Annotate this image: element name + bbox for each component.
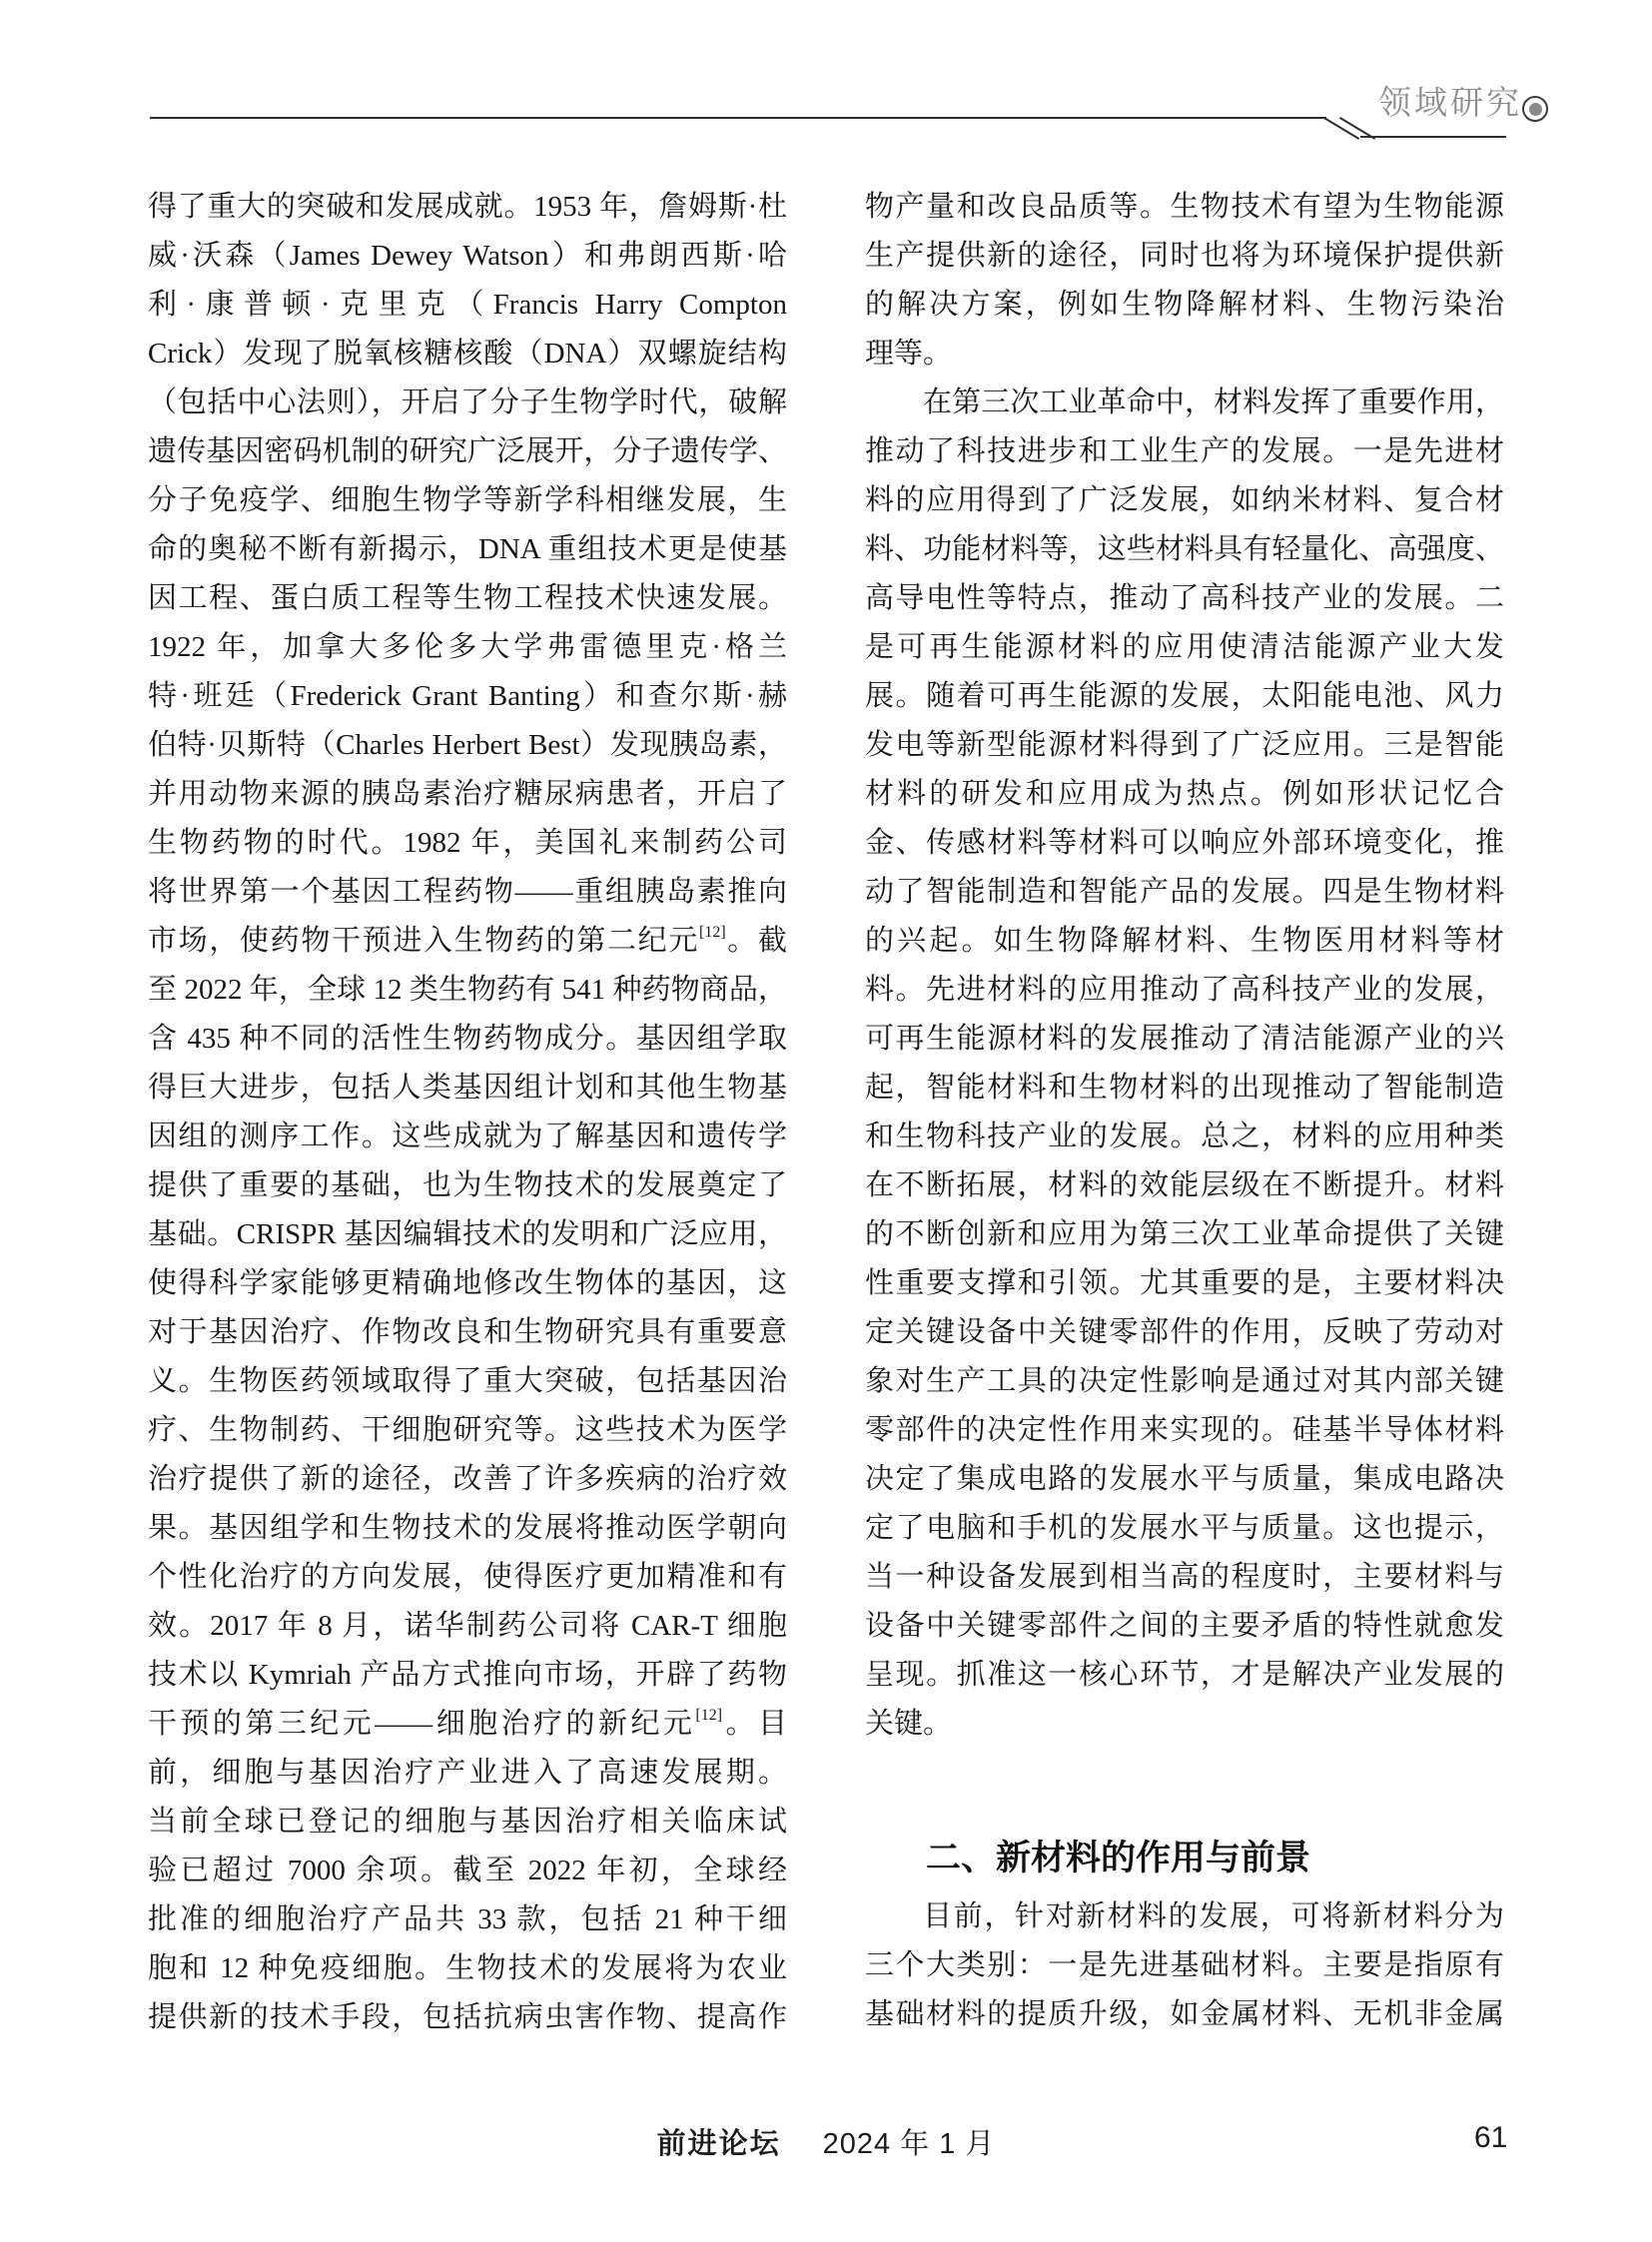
text-line: 在不断拓展，材料的效能层级在不断提升。材料 <box>865 1161 1504 1210</box>
text-line: 将世界第一个基因工程药物——重组胰岛素推向 <box>148 868 787 917</box>
section-label: 领域研究 <box>1378 86 1522 122</box>
text-line: 遗传基因密码机制的研究广泛展开，分子遗传学、 <box>148 427 787 476</box>
text-line: 关键。 <box>865 1700 1504 1749</box>
text-line: 提供新的技术手段，包括抗病虫害作物、提高作 <box>148 1993 787 2042</box>
text-line: 零部件的决定性作用来实现的。硅基半导体材料 <box>865 1406 1504 1455</box>
text-line: 含 435 种不同的活性生物药物成分。基因组学取 <box>148 1015 787 1064</box>
text-line: 利·康普顿·克里克（Francis Harry Compton <box>148 281 787 330</box>
text-line: 1922 年，加拿大多伦多大学弗雷德里克·格兰 <box>148 623 787 672</box>
text-line: 的兴起。如生物降解材料、生物医用材料等材 <box>865 917 1504 966</box>
text-line: 料、功能材料等，这些材料具有轻量化、高强度、 <box>865 525 1504 574</box>
text-line: 使得科学家能够更精确地修改生物体的基因，这 <box>148 1259 787 1308</box>
text-line: 前，细胞与基因治疗产业进入了高速发展期。 <box>148 1749 787 1798</box>
text-line: 技术以 Kymriah 产品方式推向市场，开辟了药物 <box>148 1651 787 1700</box>
text-line: 得了重大的突破和发展成就。1953 年，詹姆斯·杜 <box>148 183 787 232</box>
text-line: 的不断创新和应用为第三次工业革命提供了关键 <box>865 1210 1504 1259</box>
text-line: 效。2017 年 8 月，诺华制药公司将 CAR-T 细胞 <box>148 1602 787 1651</box>
text-line: 定关键设备中关键零部件的作用，反映了劳动对 <box>865 1308 1504 1357</box>
text-line: 并用动物来源的胰岛素治疗糖尿病患者，开启了 <box>148 770 787 819</box>
text-line: 疗、生物制药、干细胞研究等。这些技术为医学 <box>148 1406 787 1455</box>
text-line: 推动了科技进步和工业生产的发展。一是先进材 <box>865 427 1504 476</box>
text-line: 义。生物医药领域取得了重大突破，包括基因治 <box>148 1357 787 1406</box>
text-line: 展。随着可再生能源的发展，太阳能电池、风力 <box>865 672 1504 721</box>
text-line: 伯特·贝斯特（Charles Herbert Best）发现胰岛素， <box>148 721 787 770</box>
header-rule-right <box>1360 136 1506 138</box>
text-line: 至 2022 年，全球 12 类生物药有 541 种药物商品， <box>148 966 787 1015</box>
text-line: 三个大类别：一是先进基础材料。主要是指原有 <box>865 1941 1504 1990</box>
text-line: 当一种设备发展到相当高的程度时，主要材料与 <box>865 1553 1504 1602</box>
text-line: 的解决方案，例如生物降解材料、生物污染治 <box>865 281 1504 330</box>
text-line: 验已超过 7000 余项。截至 2022 年初，全球经 <box>148 1847 787 1895</box>
text-line: 设备中关键零部件之间的主要矛盾的特性就愈发 <box>865 1602 1504 1651</box>
text-line: 高导电性等特点，推动了高科技产业的发展。二 <box>865 574 1504 623</box>
text-line: 定了电脑和手机的发展水平与质量。这也提示， <box>865 1504 1504 1553</box>
text-line: 可再生能源材料的发展推动了清洁能源产业的兴 <box>865 1015 1504 1064</box>
text-line: 理等。 <box>865 330 1504 378</box>
text-line: 个性化治疗的方向发展，使得医疗更加精准和有 <box>148 1553 787 1602</box>
journal-page: 领域研究 得了重大的突破和发展成就。1953 年，詹姆斯·杜威·沃森（James… <box>0 0 1652 2242</box>
text-line: 市场，使药物干预进入生物药的第二纪元[12]。截 <box>148 917 787 966</box>
text-line: 得巨大进步，包括人类基因组计划和其他生物基 <box>148 1064 787 1113</box>
text-line: 是可再生能源材料的应用使清洁能源产业大发 <box>865 623 1504 672</box>
text-line: 果。基因组学和生物技术的发展将推动医学朝向 <box>148 1504 787 1553</box>
issue-date: 2024 年 1 月 <box>823 2128 996 2160</box>
text-line: 分子免疫学、细胞生物学等新学科相继发展，生 <box>148 476 787 525</box>
text-line: 特·班廷（Frederick Grant Banting）和查尔斯·赫 <box>148 672 787 721</box>
text-line: 因工程、蛋白质工程等生物工程技术快速发展。 <box>148 574 787 623</box>
text-line: 材料的研发和应用成为热点。例如形状记忆合 <box>865 770 1504 819</box>
text-line: 在第三次工业革命中，材料发挥了重要作用， <box>865 378 1504 427</box>
right-column-top: 物产量和改良品质等。生物技术有望为生物能源生产提供新的途径，同时也将为环境保护提… <box>865 183 1504 1749</box>
page-number: 61 <box>1474 2121 1507 2155</box>
footer: 前进论坛2024 年 1 月 <box>0 2121 1652 2162</box>
text-line: 命的奥秘不断有新揭示，DNA 重组技术更是使基 <box>148 525 787 574</box>
right-column: 物产量和改良品质等。生物技术有望为生物能源生产提供新的途径，同时也将为环境保护提… <box>865 183 1504 2039</box>
text-line: 对于基因治疗、作物改良和生物研究具有重要意 <box>148 1308 787 1357</box>
text-line: 当前全球已登记的细胞与基因治疗相关临床试 <box>148 1798 787 1847</box>
text-line: 料。先进材料的应用推动了高科技产业的发展， <box>865 966 1504 1015</box>
footnote-reference: [12] <box>699 924 726 941</box>
text-line: 胞和 12 种免疫细胞。生物技术的发展将为农业 <box>148 1944 787 1993</box>
text-line: 呈现。抓准这一核心环节，才是解决产业发展的 <box>865 1651 1504 1700</box>
journal-name: 前进论坛 <box>657 2128 781 2160</box>
text-line: 物产量和改良品质等。生物技术有望为生物能源 <box>865 183 1504 232</box>
text-line: 起，智能材料和生物材料的出现推动了智能制造 <box>865 1064 1504 1113</box>
target-icon <box>1522 96 1548 122</box>
text-line: 和生物科技产业的发展。总之，材料的应用种类 <box>865 1113 1504 1161</box>
right-column-bottom: 目前，针对新材料的发展，可将新材料分为三个大类别：一是先进基础材料。主要是指原有… <box>865 1892 1504 2039</box>
text-line: 生产提供新的途径，同时也将为环境保护提供新 <box>865 232 1504 281</box>
text-line: 决定了集成电路的发展水平与质量，集成电路决 <box>865 1455 1504 1504</box>
left-column: 得了重大的突破和发展成就。1953 年，詹姆斯·杜威·沃森（James Dewe… <box>148 183 787 2042</box>
text-line: 发电等新型能源材料得到了广泛应用。三是智能 <box>865 721 1504 770</box>
target-icon-dot <box>1529 103 1542 116</box>
text-line: 干预的第三纪元——细胞治疗的新纪元[12]。目 <box>148 1700 787 1749</box>
text-line: 威·沃森（James Dewey Watson）和弗朗西斯·哈 <box>148 232 787 281</box>
text-line: 基础材料的提质升级，如金属材料、无机非金属 <box>865 1990 1504 2039</box>
header-rule-left <box>150 117 1326 119</box>
text-line: 目前，针对新材料的发展，可将新材料分为 <box>865 1892 1504 1941</box>
text-line: 因组的测序工作。这些成就为了解基因和遗传学 <box>148 1113 787 1161</box>
text-line: Crick）发现了脱氧核糖核酸（DNA）双螺旋结构 <box>148 330 787 378</box>
text-line: 生物药物的时代。1982 年，美国礼来制药公司 <box>148 819 787 868</box>
text-line: 性重要支撑和引领。尤其重要的是，主要材料决 <box>865 1259 1504 1308</box>
text-line: （包括中心法则），开启了分子生物学时代，破解 <box>148 378 787 427</box>
text-line: 动了智能制造和智能产品的发展。四是生物材料 <box>865 868 1504 917</box>
text-line: 料的应用得到了广泛发展，如纳米材料、复合材 <box>865 476 1504 525</box>
text-line: 提供了重要的基础，也为生物技术的发展奠定了 <box>148 1161 787 1210</box>
text-line: 基础。CRISPR 基因编辑技术的发明和广泛应用， <box>148 1210 787 1259</box>
footnote-reference: [12] <box>695 1707 722 1724</box>
text-line: 治疗提供了新的途径，改善了许多疾病的治疗效 <box>148 1455 787 1504</box>
text-line: 金、传感材料等材料可以响应外部环境变化，推 <box>865 819 1504 868</box>
text-line: 批准的细胞治疗产品共 33 款，包括 21 种干细 <box>148 1895 787 1944</box>
section-heading: 二、新材料的作用与前景 <box>926 1833 1504 1884</box>
text-line: 象对生产工具的决定性影响是通过对其内部关键 <box>865 1357 1504 1406</box>
